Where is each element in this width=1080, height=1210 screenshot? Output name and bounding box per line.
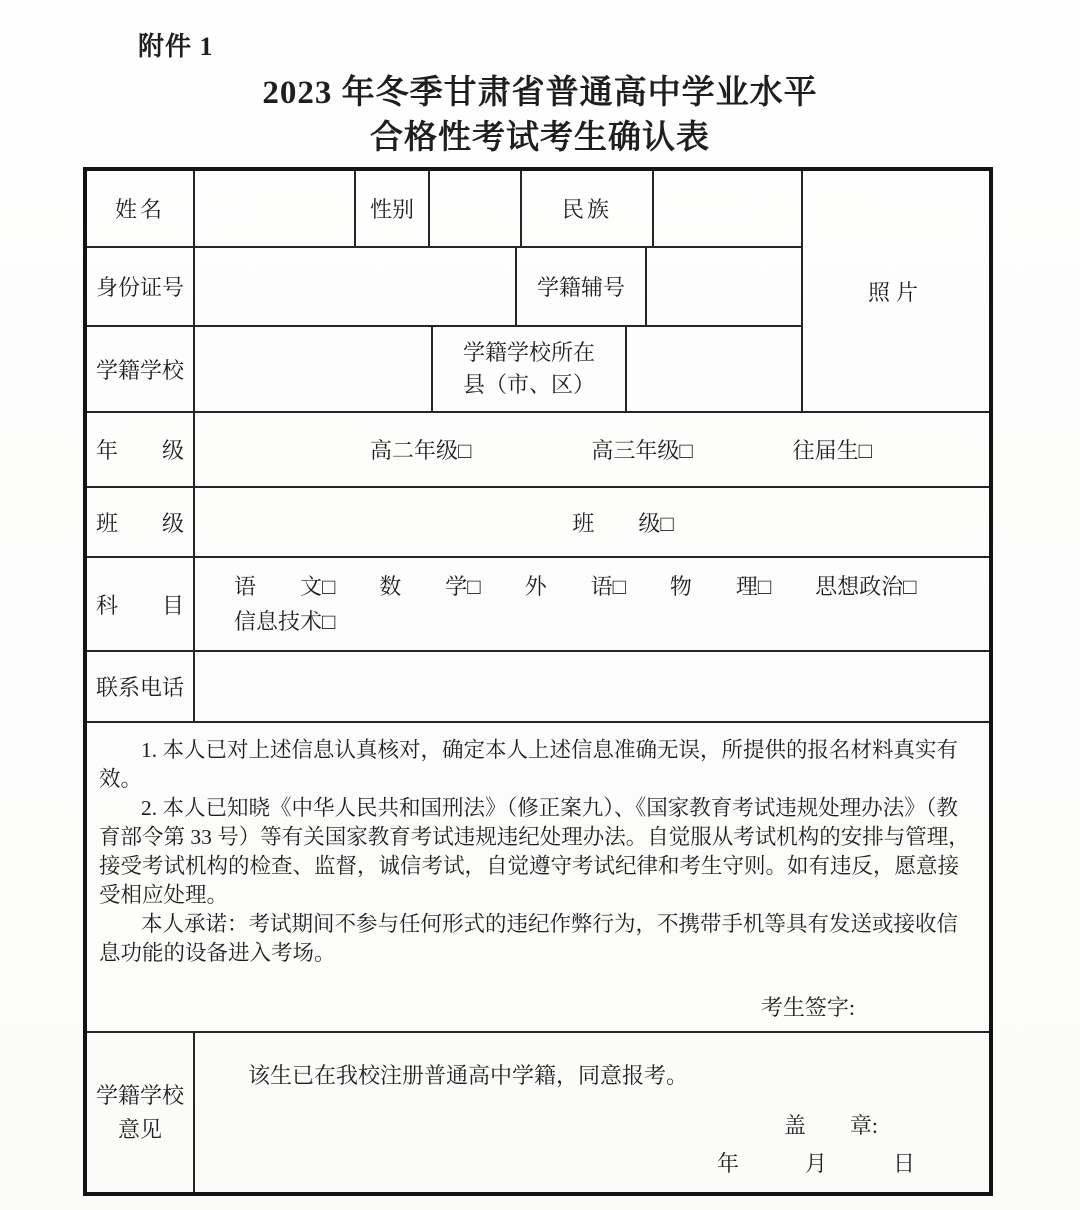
form-title-line2: 合格性考试考生确认表 [0,111,1080,158]
declaration-paragraph-2: 2. 本人已知晓《中华人民共和国刑法》（修正案九）、《国家教育考试违规处理办法》… [99,794,977,910]
subject-label: 科 目 [87,558,195,650]
ethnicity-input-cell[interactable] [654,171,801,246]
date-fill-label[interactable]: 年 月 日 [195,1147,989,1178]
county-input-cell[interactable] [627,327,801,411]
school-opinion-row: 学籍学校 意见 该生已在我校注册普通高中学籍，同意报考。 盖 章: 年 月 日 [87,1033,989,1192]
grade-option-checkbox[interactable]: 高二年级□ [370,434,471,465]
school-input-cell[interactable] [195,327,433,411]
confirmation-form-table: 姓名 性别 民族 身份证号 学籍辅号 学籍学校 [83,167,993,1196]
grade-option-checkbox[interactable]: 高三年级□ [591,434,692,465]
form-title-line1: 2023 年冬季甘肃省普通高中学业水平 [0,66,1080,113]
gender-input-cell[interactable] [430,171,522,246]
county-label: 学籍学校所在 县（市、区） [433,327,627,411]
class-label: 班 级 [87,488,195,556]
county-label-line1: 学籍学校所在 [463,337,595,369]
school-opinion-statement: 该生已在我校注册普通高中学籍，同意报考。 [195,1059,989,1090]
school-opinion-label-line1: 学籍学校 [96,1079,184,1113]
school-label: 学籍学校 [87,327,195,411]
personal-info-section: 姓名 性别 民族 身份证号 学籍辅号 学籍学校 [87,171,989,413]
grade-row: 年 级 高二年级□ 高三年级□ 往届生□ [87,413,989,488]
gender-label: 性别 [356,171,430,246]
declaration-paragraph-3: 本人承诺：考试期间不参与任何形式的违纪作弊行为，不携带手机等具有发送或接收信息功… [99,910,977,968]
photo-placeholder-cell: 照片 [803,171,989,411]
declaration-paragraph-1: 1. 本人已对上述信息认真核对，确定本人上述信息准确无误，所提供的报名材料真实有… [99,736,977,794]
aux-number-label: 学籍辅号 [517,248,647,325]
table-row: 身份证号 学籍辅号 [87,248,801,327]
name-label: 姓名 [87,171,195,246]
seal-label[interactable]: 盖 章: [195,1109,989,1140]
grade-label: 年 级 [87,413,195,486]
table-row: 姓名 性别 民族 [87,171,801,248]
school-opinion-content-cell: 该生已在我校注册普通高中学籍，同意报考。 盖 章: 年 月 日 [195,1033,989,1192]
phone-row: 联系电话 [87,652,989,723]
subject-options-line1[interactable]: 语 文□ 数 学□ 外 语□ 物 理□ 思想政治□ [234,569,916,604]
id-number-label: 身份证号 [87,248,195,325]
phone-input-cell[interactable] [195,652,989,721]
school-opinion-label: 学籍学校 意见 [87,1033,195,1192]
attachment-label: 附件 1 [138,26,214,63]
ethnicity-label: 民族 [522,171,654,246]
subject-options-line2[interactable]: 信息技术□ [234,604,335,639]
grade-options-cell: 高二年级□ 高三年级□ 往届生□ [195,413,989,486]
class-row: 班 级 班 级□ [87,488,989,558]
aux-number-input-cell[interactable] [647,248,801,325]
school-opinion-label-line2: 意见 [118,1113,162,1147]
id-number-input-cell[interactable] [195,248,517,325]
class-option-cell: 班 级□ [195,488,989,556]
subject-options-cell: 语 文□ 数 学□ 外 语□ 物 理□ 思想政治□ 信息技术□ [195,558,989,650]
table-row: 学籍学校 学籍学校所在 县（市、区） [87,327,801,411]
name-input-cell[interactable] [195,171,356,246]
subjects-row: 科 目 语 文□ 数 学□ 外 语□ 物 理□ 思想政治□ 信息技术□ [87,558,989,652]
class-option-checkbox[interactable]: 班 级□ [572,507,673,538]
county-label-line2: 县（市、区） [463,369,595,401]
phone-label: 联系电话 [87,652,195,721]
declaration-cell: 1. 本人已对上述信息认真核对，确定本人上述信息准确无误，所提供的报名材料真实有… [87,723,989,1033]
personal-info-left-block: 姓名 性别 民族 身份证号 学籍辅号 学籍学校 [87,171,803,411]
grade-option-checkbox[interactable]: 往届生□ [793,434,872,465]
document-page: 附件 1 2023 年冬季甘肃省普通高中学业水平 合格性考试考生确认表 姓名 性… [0,0,1080,1210]
candidate-signature-label[interactable]: 考生签字: [99,991,977,1022]
